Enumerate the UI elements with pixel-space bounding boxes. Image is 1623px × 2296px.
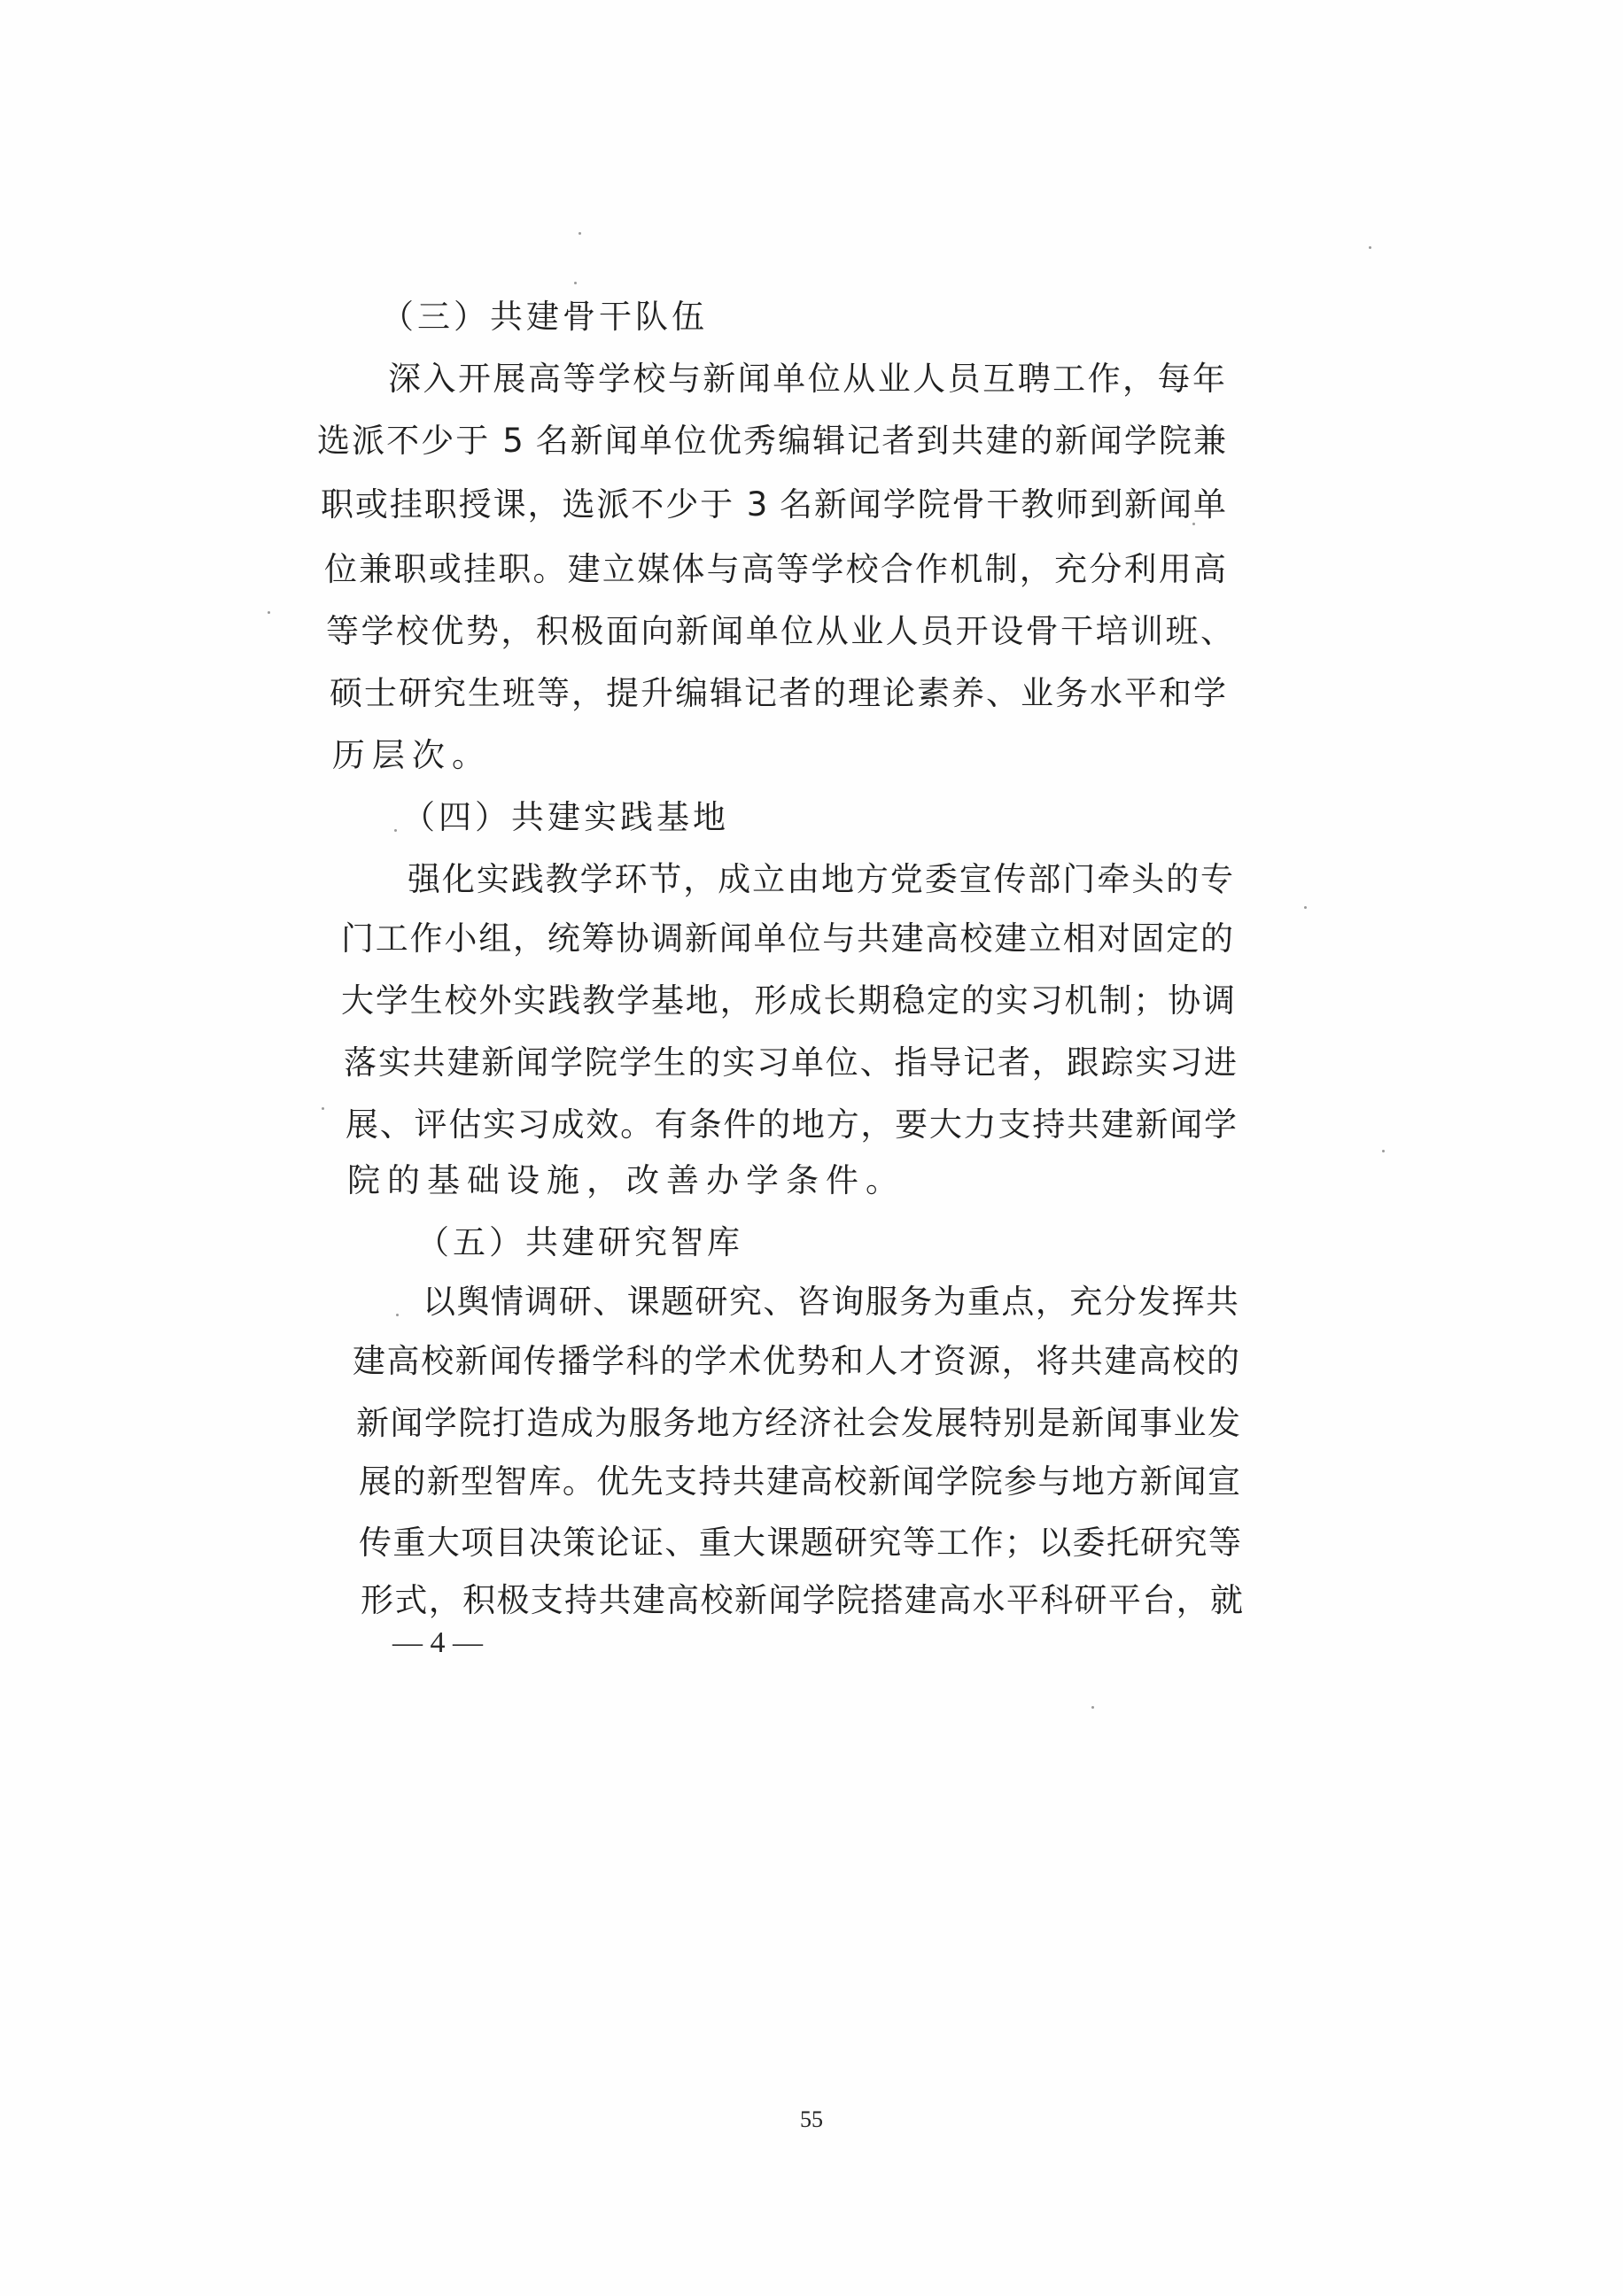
paragraph-line: 深入开展高等学校与新闻单位从业人员互聘工作，每年 (388, 358, 1225, 400)
paragraph-line: 展的新型智库。优先支持共建高校新闻学院参与地方新闻宣 (359, 1461, 1240, 1503)
scan-speck (394, 829, 397, 832)
scan-speck (1091, 1706, 1094, 1709)
paragraph-line: 以舆情调研、课题研究、咨询服务为重点，充分发挥共 (423, 1281, 1239, 1323)
inner-page-marker: — 4 — (392, 1625, 483, 1661)
paragraph-line: 落实共建新闻学院学生的实习单位、指导记者，跟踪实习进 (344, 1042, 1237, 1084)
paragraph-line: 职或挂职授课，选派不少于 3 名新闻学院骨干教师到新闻单 (321, 484, 1226, 526)
scan-speck (1192, 523, 1195, 525)
paragraph-line: 形式，积极支持共建高校新闻学院搭建高水平科研平台，就 (361, 1579, 1243, 1622)
scan-speck (268, 611, 270, 614)
paragraph-line: 强化实践教学环节，成立由地方党委宣传部门牵头的专 (408, 858, 1233, 901)
section-heading-4: （四）共建实践基地 (402, 796, 729, 839)
paragraph-line: 传重大项目决策论证、重大课题研究等工作；以委托研究等 (359, 1522, 1241, 1564)
page-number: 55 (776, 2106, 847, 2133)
paragraph-line: 展、评估实习成效。有条件的地方，要大力支持共建新闻学 (346, 1104, 1237, 1146)
scan-speck (1369, 246, 1371, 249)
section-heading-3: （三）共建骨干队伍 (381, 296, 708, 338)
paragraph-line: 门工作小组，统筹协调新闻单位与共建高校建立相对固定的 (341, 918, 1233, 960)
paragraph-line: 新闻学院打造成为服务地方经济社会发展特别是新闻事业发 (356, 1402, 1240, 1445)
scan-speck (579, 232, 581, 235)
scan-speck (396, 1314, 399, 1316)
paragraph-line: 等学校优势，积极面向新闻单位从业人员开设骨干培训班、 (326, 610, 1233, 653)
scan-speck (1304, 906, 1307, 909)
paragraph-line: 位兼职或挂职。建立媒体与高等学校合作机制，充分利用高 (324, 548, 1226, 591)
paragraph-line: 硕士研究生班等，提升编辑记者的理论素养、业务水平和学 (330, 672, 1226, 715)
section-heading-5: （五）共建研究智库 (416, 1222, 743, 1264)
scan-speck (1382, 1150, 1385, 1152)
paragraph-line: 建高校新闻传播学科的学术优势和人才资源，将共建高校的 (353, 1340, 1239, 1383)
paragraph-line: 历层次。 (332, 734, 492, 777)
paragraph-line: 院的基础设施，改善办学条件。 (347, 1160, 905, 1202)
scanned-document-page: （三）共建骨干队伍 深入开展高等学校与新闻单位从业人员互聘工作，每年 选派不少于… (0, 0, 1623, 2296)
scan-speck (574, 282, 577, 284)
paragraph-line: 选派不少于 5 名新闻单位优秀编辑记者到共建的新闻学院兼 (317, 420, 1226, 462)
scan-speck (322, 1107, 324, 1110)
paragraph-line: 大学生校外实践教学基地，形成长期稳定的实习机制；协调 (341, 980, 1235, 1022)
